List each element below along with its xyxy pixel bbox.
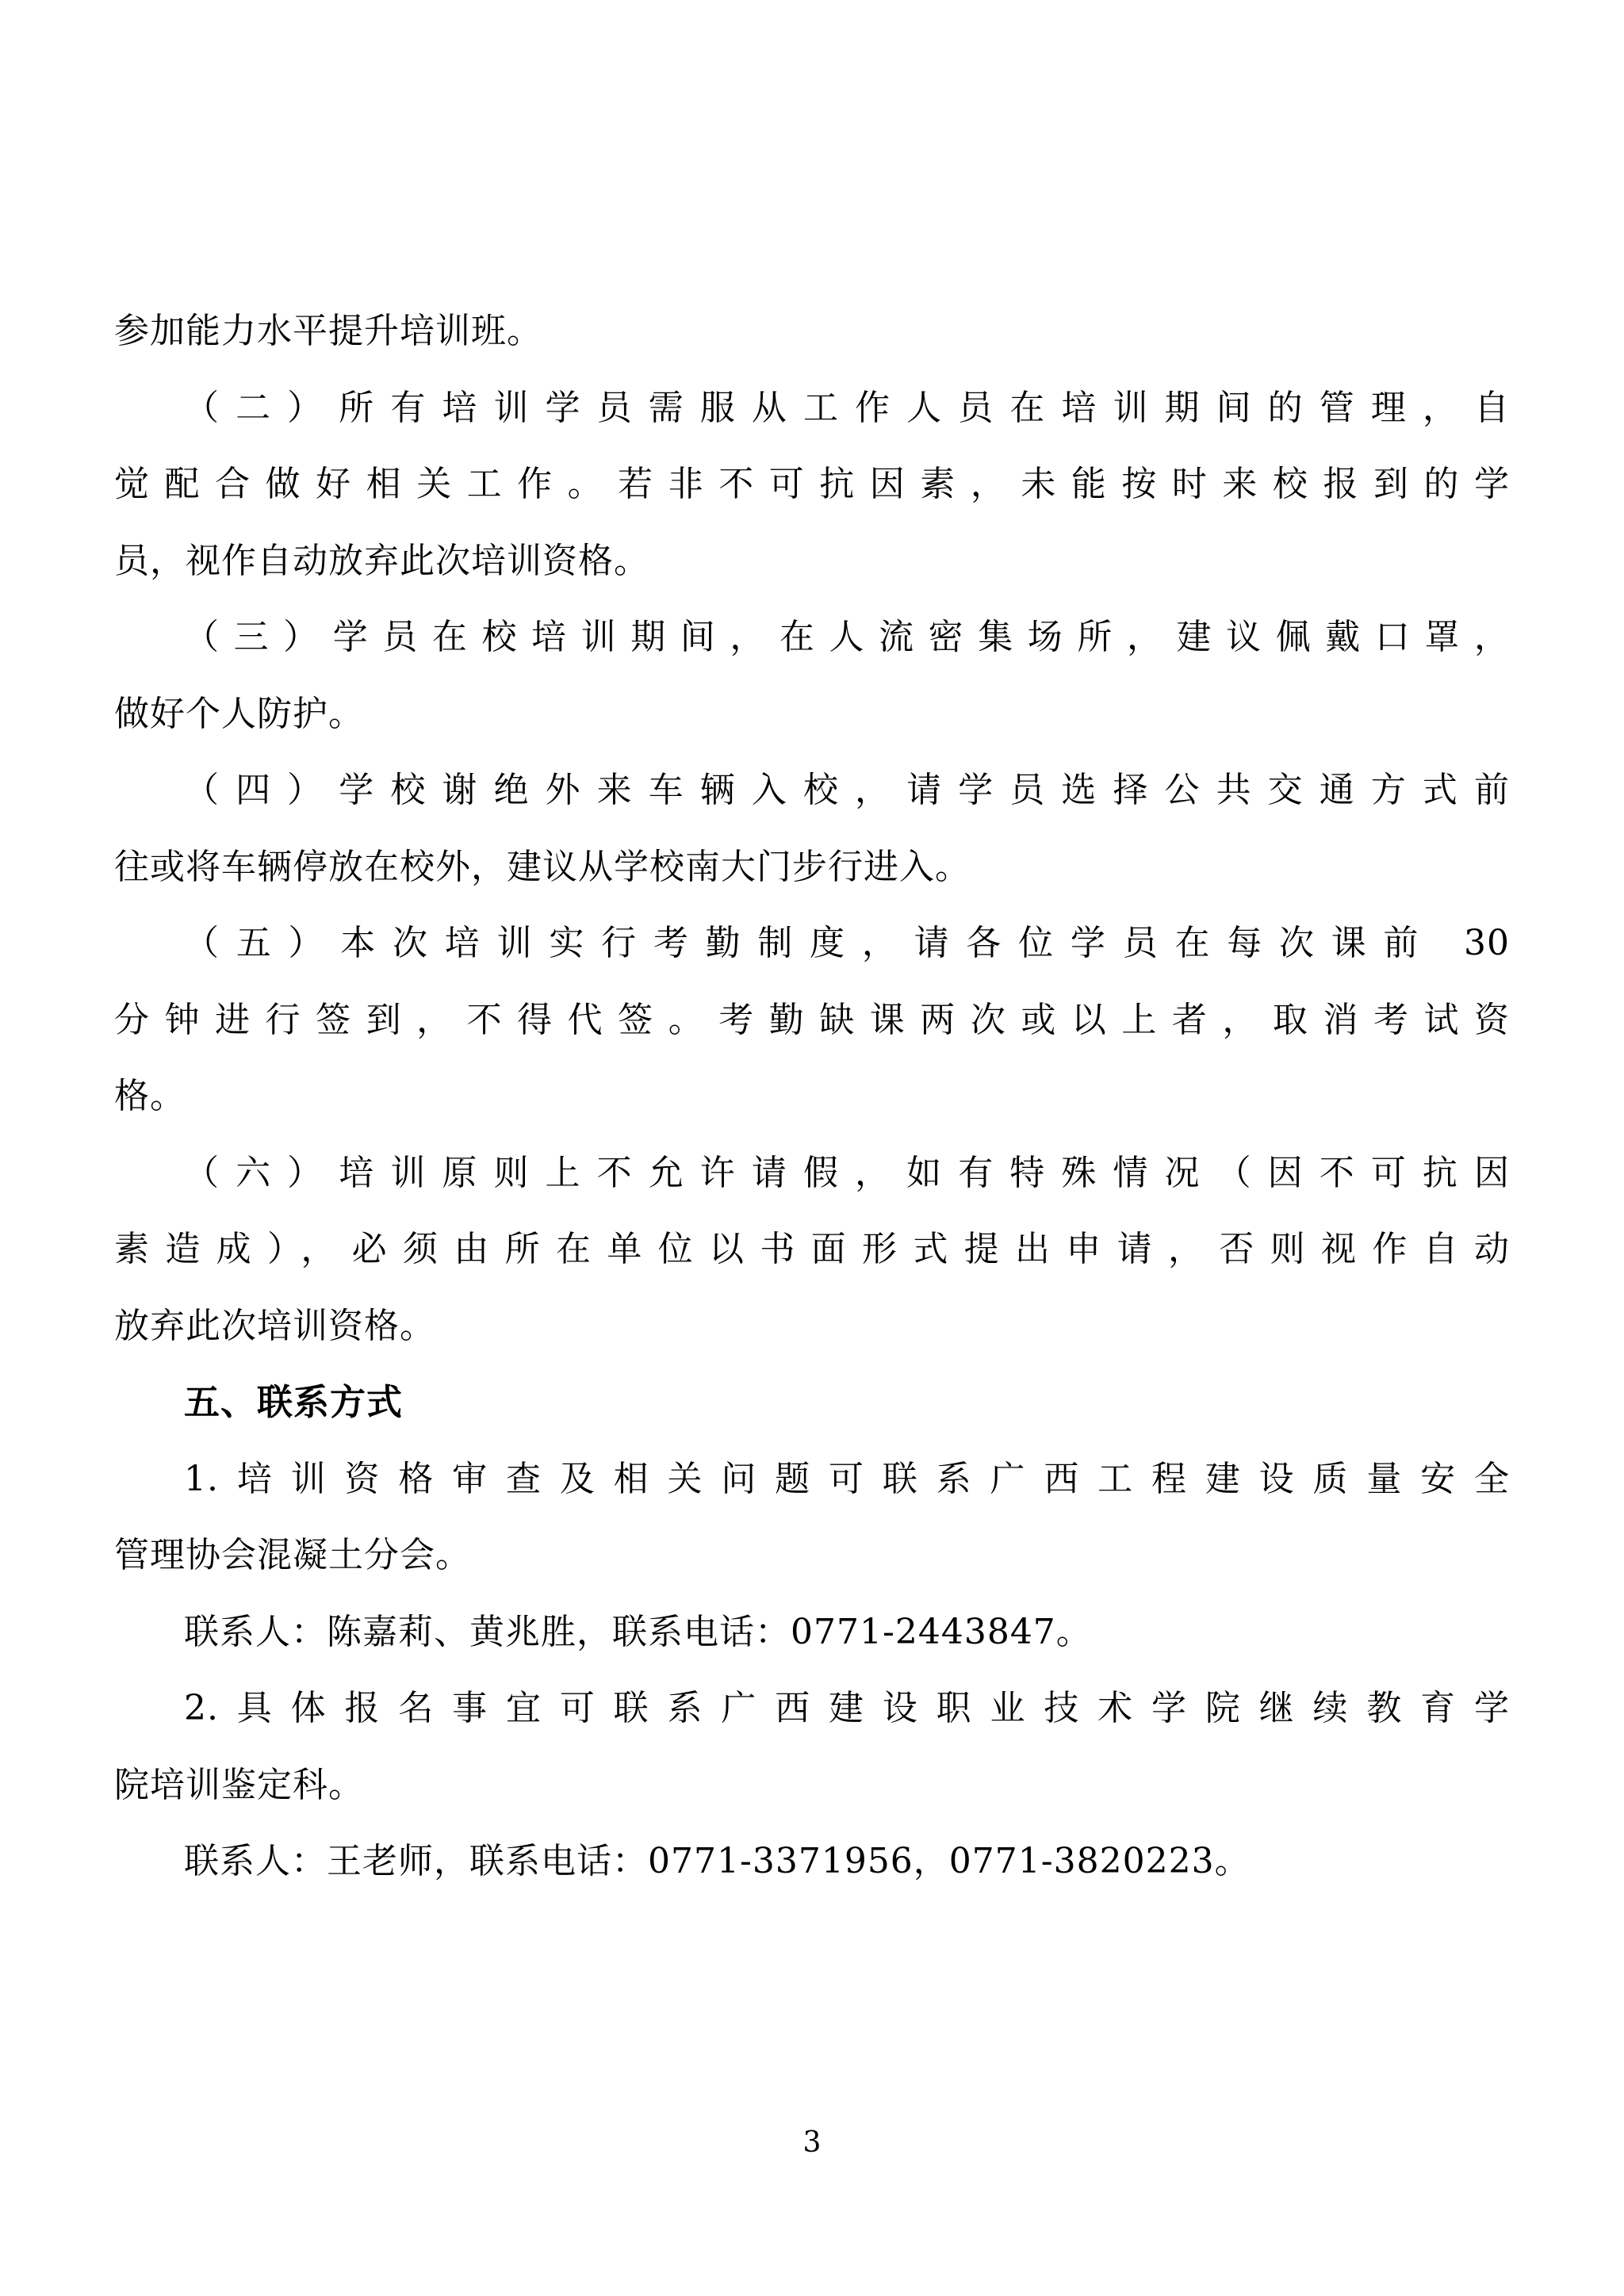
text-line: （三）学员在校培训期间，在人流密集场所，建议佩戴口罩， xyxy=(114,599,1510,676)
text-line: 做好个人防护。 xyxy=(114,676,1510,753)
text-line: 格。 xyxy=(114,1058,1510,1135)
text-line: （二）所有培训学员需服从工作人员在培训期间的管理，自 xyxy=(114,370,1510,447)
text-line: 1.培训资格审查及相关问题可联系广西工程建设质量安全 xyxy=(114,1441,1510,1518)
text-line: （四）学校谢绝外来车辆入校，请学员选择公共交通方式前 xyxy=(114,752,1510,829)
text-line: 分钟进行签到，不得代签。考勤缺课两次或以上者，取消考试资 xyxy=(114,982,1510,1059)
text-line: 2.具体报名事宜可联系广西建设职业技术学院继续教育学 xyxy=(114,1670,1510,1747)
text-line: 管理协会混凝土分会。 xyxy=(114,1517,1510,1594)
text-line: 素造成），必须由所在单位以书面形式提出申请，否则视作自动 xyxy=(114,1211,1510,1288)
text-line: （六）培训原则上不允许请假，如有特殊情况（因不可抗因 xyxy=(114,1135,1510,1212)
text-line: 放弃此次培训资格。 xyxy=(114,1288,1510,1365)
text-line: 联系人：陈嘉莉、黄兆胜，联系电话：0771-2443847。 xyxy=(114,1594,1510,1671)
page-footer: 3 xyxy=(0,2126,1624,2159)
text-line: 参加能力水平提升培训班。 xyxy=(114,293,1510,370)
section-heading: 五、联系方式 xyxy=(114,1364,1510,1441)
document-page: 参加能力水平提升培训班。（二）所有培训学员需服从工作人员在培训期间的管理，自觉配… xyxy=(0,0,1624,2296)
text-line: 觉配合做好相关工作。若非不可抗因素，未能按时来校报到的学 xyxy=(114,446,1510,523)
text-line: 往或将车辆停放在校外，建议从学校南大门步行进入。 xyxy=(114,829,1510,906)
text-line: 联系人：王老师，联系电话：0771-3371956，0771-3820223。 xyxy=(114,1823,1510,1900)
text-line: 院培训鉴定科。 xyxy=(114,1747,1510,1824)
text-line: 员，视作自动放弃此次培训资格。 xyxy=(114,523,1510,600)
page-number: 3 xyxy=(803,2126,822,2159)
document-body: 参加能力水平提升培训班。（二）所有培训学员需服从工作人员在培训期间的管理，自觉配… xyxy=(114,293,1510,1900)
text-line: （五）本次培训实行考勤制度，请各位学员在每次课前 30 xyxy=(114,905,1510,982)
